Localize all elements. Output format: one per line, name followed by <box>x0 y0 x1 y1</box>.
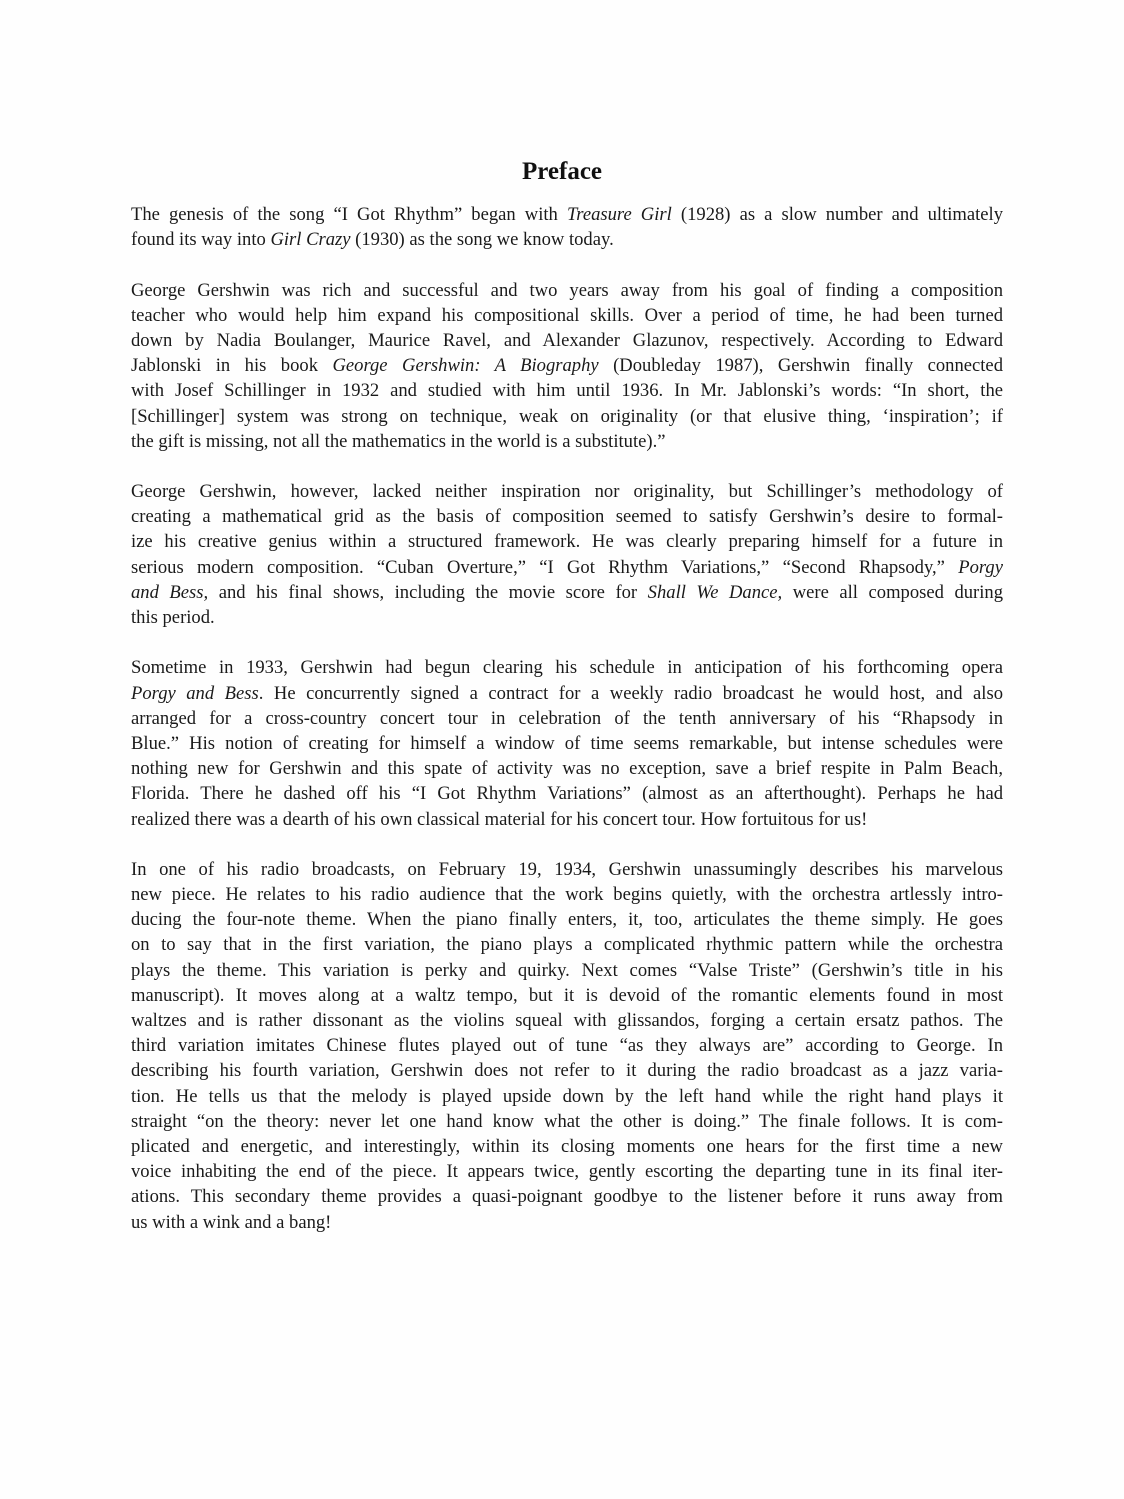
text-run: teacher who would help him expand his co… <box>131 305 1003 326</box>
text-run: found its way into <box>131 229 270 250</box>
text-line: the gift is missing, not all the mathema… <box>131 429 1003 454</box>
text-run: third variation imitates Chinese flutes … <box>131 1035 1003 1056</box>
text-run: . He concurrently signed a contract for … <box>259 683 1003 704</box>
paragraph: The genesis of the song “I Got Rhythm” b… <box>131 202 1003 252</box>
text-line: straight “on the theory: never let one h… <box>131 1109 1003 1134</box>
text-line: ations. This secondary theme provides a … <box>131 1184 1003 1209</box>
text-run: George Gershwin was rich and successful … <box>131 280 1003 301</box>
text-line: and Bess, and his final shows, including… <box>131 580 1003 605</box>
text-run: and his final shows, including the movie… <box>208 582 648 603</box>
text-run: waltzes and is rather dissonant as the v… <box>131 1010 1003 1031</box>
text-run: [Schillinger] system was strong on techn… <box>131 406 1003 427</box>
text-run: describing his fourth variation, Gershwi… <box>131 1060 1003 1081</box>
document-body: The genesis of the song “I Got Rhythm” b… <box>131 202 1003 1260</box>
page-title: Preface <box>0 155 1124 189</box>
text-run: (1928) as a slow number and ultimately <box>672 204 1003 225</box>
text-line: Florida. There he dashed off his “I Got … <box>131 781 1003 806</box>
text-run: with Josef Schillinger in 1932 and studi… <box>131 380 1003 401</box>
text-line: serious modern composition. “Cuban Overt… <box>131 555 1003 580</box>
document-page: Preface The genesis of the song “I Got R… <box>0 0 1124 1499</box>
text-run: the gift is missing, not all the mathema… <box>131 431 666 452</box>
paragraph: In one of his radio broadcasts, on Febru… <box>131 857 1003 1235</box>
text-line: Porgy and Bess. He concurrently signed a… <box>131 681 1003 706</box>
text-run: voice inhabiting the end of the piece. I… <box>131 1161 1003 1182</box>
text-line: with Josef Schillinger in 1932 and studi… <box>131 378 1003 403</box>
italic-title-text: Shall We Dance, <box>648 582 783 603</box>
text-line: George Gershwin was rich and successful … <box>131 278 1003 303</box>
text-run: (1930) as the song we know today. <box>351 229 614 250</box>
text-run: manuscript). It moves along at a waltz t… <box>131 985 1003 1006</box>
text-line: voice inhabiting the end of the piece. I… <box>131 1159 1003 1184</box>
text-line: The genesis of the song “I Got Rhythm” b… <box>131 202 1003 227</box>
text-run: Florida. There he dashed off his “I Got … <box>131 783 1003 804</box>
text-run: on to say that in the first variation, t… <box>131 934 1003 955</box>
text-line: [Schillinger] system was strong on techn… <box>131 404 1003 429</box>
text-line: Blue.” His notion of creating for himsel… <box>131 731 1003 756</box>
text-run: this period. <box>131 607 215 628</box>
text-run: (Doubleday 1987), Gershwin finally conne… <box>599 355 1003 376</box>
text-line: this period. <box>131 605 1003 630</box>
text-line: In one of his radio broadcasts, on Febru… <box>131 857 1003 882</box>
italic-title-text: Porgy and Bess <box>131 683 259 704</box>
text-run: down by Nadia Boulanger, Maurice Ravel, … <box>131 330 1003 351</box>
italic-title-text: Porgy <box>958 557 1003 578</box>
text-line: arranged for a cross-country concert tou… <box>131 706 1003 731</box>
text-run: were all composed during <box>782 582 1003 603</box>
text-run: In one of his radio broadcasts, on Febru… <box>131 859 1003 880</box>
italic-title-text: and Bess, <box>131 582 208 603</box>
text-line: ducing the four-note theme. When the pia… <box>131 907 1003 932</box>
text-run: Blue.” His notion of creating for himsel… <box>131 733 1003 754</box>
text-line: us with a wink and a bang! <box>131 1210 1003 1235</box>
text-run: plays the theme. This variation is perky… <box>131 960 1003 981</box>
text-line: nothing new for Gershwin and this spate … <box>131 756 1003 781</box>
text-line: Jablonski in his book George Gershwin: A… <box>131 353 1003 378</box>
text-run: creating a mathematical grid as the basi… <box>131 506 1003 527</box>
text-run: The genesis of the song “I Got Rhythm” b… <box>131 204 567 225</box>
text-line: plays the theme. This variation is perky… <box>131 958 1003 983</box>
text-run: serious modern composition. “Cuban Overt… <box>131 557 958 578</box>
text-line: down by Nadia Boulanger, Maurice Ravel, … <box>131 328 1003 353</box>
text-run: Sometime in 1933, Gershwin had begun cle… <box>131 657 1003 678</box>
paragraph: Sometime in 1933, Gershwin had begun cle… <box>131 655 1003 831</box>
text-line: Sometime in 1933, Gershwin had begun cle… <box>131 655 1003 680</box>
text-line: manuscript). It moves along at a waltz t… <box>131 983 1003 1008</box>
text-run: ducing the four-note theme. When the pia… <box>131 909 1003 930</box>
paragraph: George Gershwin, however, lacked neither… <box>131 479 1003 630</box>
text-line: teacher who would help him expand his co… <box>131 303 1003 328</box>
text-line: realized there was a dearth of his own c… <box>131 807 1003 832</box>
text-run: plicated and energetic, and interestingl… <box>131 1136 1003 1157</box>
text-line: plicated and energetic, and interestingl… <box>131 1134 1003 1159</box>
text-run: realized there was a dearth of his own c… <box>131 809 867 830</box>
text-run: ations. This secondary theme provides a … <box>131 1186 1003 1207</box>
text-line: third variation imitates Chinese flutes … <box>131 1033 1003 1058</box>
text-run: us with a wink and a bang! <box>131 1212 331 1233</box>
text-run: nothing new for Gershwin and this spate … <box>131 758 1003 779</box>
text-line: creating a mathematical grid as the basi… <box>131 504 1003 529</box>
text-line: tion. He tells us that the melody is pla… <box>131 1084 1003 1109</box>
text-line: describing his fourth variation, Gershwi… <box>131 1058 1003 1083</box>
text-run: Jablonski in his book <box>131 355 332 376</box>
italic-title-text: Girl Crazy <box>270 229 350 250</box>
text-line: found its way into Girl Crazy (1930) as … <box>131 227 1003 252</box>
text-line: George Gershwin, however, lacked neither… <box>131 479 1003 504</box>
text-line: on to say that in the first variation, t… <box>131 932 1003 957</box>
text-run: new piece. He relates to his radio audie… <box>131 884 1003 905</box>
text-line: ize his creative genius within a structu… <box>131 529 1003 554</box>
italic-title-text: George Gershwin: A Biography <box>332 355 598 376</box>
text-run: straight “on the theory: never let one h… <box>131 1111 1003 1132</box>
italic-title-text: Treasure Girl <box>567 204 672 225</box>
text-run: arranged for a cross-country concert tou… <box>131 708 1003 729</box>
paragraph: George Gershwin was rich and successful … <box>131 278 1003 454</box>
text-run: ize his creative genius within a structu… <box>131 531 1003 552</box>
text-run: George Gershwin, however, lacked neither… <box>131 481 1003 502</box>
text-line: new piece. He relates to his radio audie… <box>131 882 1003 907</box>
text-run: tion. He tells us that the melody is pla… <box>131 1086 1003 1107</box>
text-line: waltzes and is rather dissonant as the v… <box>131 1008 1003 1033</box>
